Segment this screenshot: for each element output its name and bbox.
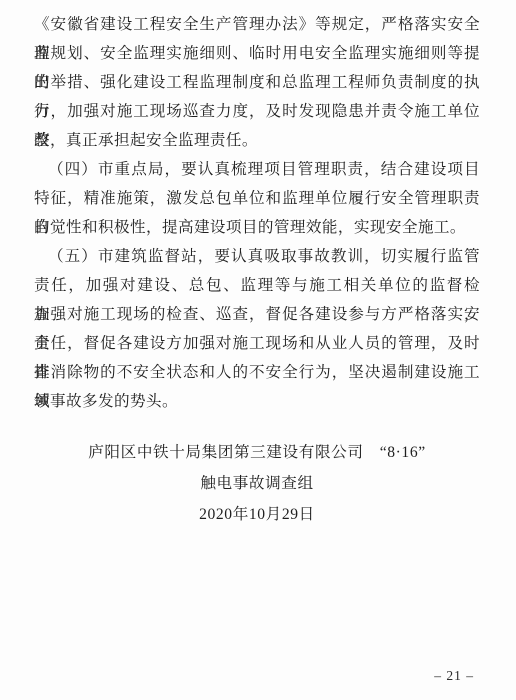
text-line-paragraph-four-start: （四）市重点局，要认真梳理项目管理职责，结合建设项目 [34,155,480,184]
signature-team: 触电事故调查组 [34,468,480,499]
text-line: 查消除物的不安全状态和人的不安全行为，坚决遏制建设施工领 [34,358,480,387]
signature-company: 庐阳区中铁十局集团第三建设有限公司 “8·16” [34,437,480,468]
document-page: 《安徽省建设工程安全生产管理办法》等规定，严格落实安全监 理规划、安全监理实施细… [0,0,516,700]
text-line: 的举措、强化建设工程监理制度和总监理工程师负责制度的执行 [34,68,480,97]
text-line: 域事故多发的势头。 [34,387,480,416]
page-number: – 21 – [434,668,474,684]
text-line: 改，真正承担起安全监理责任。 [34,126,480,155]
signature-block: 庐阳区中铁十局集团第三建设有限公司 “8·16” 触电事故调查组 2020年10… [34,437,480,530]
signature-date: 2020年10月29日 [34,499,480,530]
text-line: 责任，督促各建设方加强对施工现场和从业人员的管理，及时排 [34,329,480,358]
text-line: 责任，加强对建设、总包、监理等与施工相关单位的监督检查， [34,271,480,300]
text-line: 自觉性和积极性，提高建设项目的管理效能，实现安全施工。 [34,213,480,242]
text-line-paragraph-five-start: （五）市建筑监督站，要认真吸取事故教训，切实履行监管 [34,242,480,271]
text-line: 特征，精准施策，激发总包单位和监理单位履行安全管理职责的 [34,184,480,213]
document-body: 《安徽省建设工程安全生产管理办法》等规定，严格落实安全监 理规划、安全监理实施细… [34,10,480,530]
text-line: 理规划、安全监理实施细则、临时用电安全监理实施细则等提出 [34,39,480,68]
text-line: 力，加强对施工现场巡查力度，及时发现隐患并责令施工单位整 [34,97,480,126]
text-line: 加强对施工现场的检查、巡查，督促各建设参与方严格落实安全 [34,300,480,329]
text-line: 《安徽省建设工程安全生产管理办法》等规定，严格落实安全监 [34,10,480,39]
